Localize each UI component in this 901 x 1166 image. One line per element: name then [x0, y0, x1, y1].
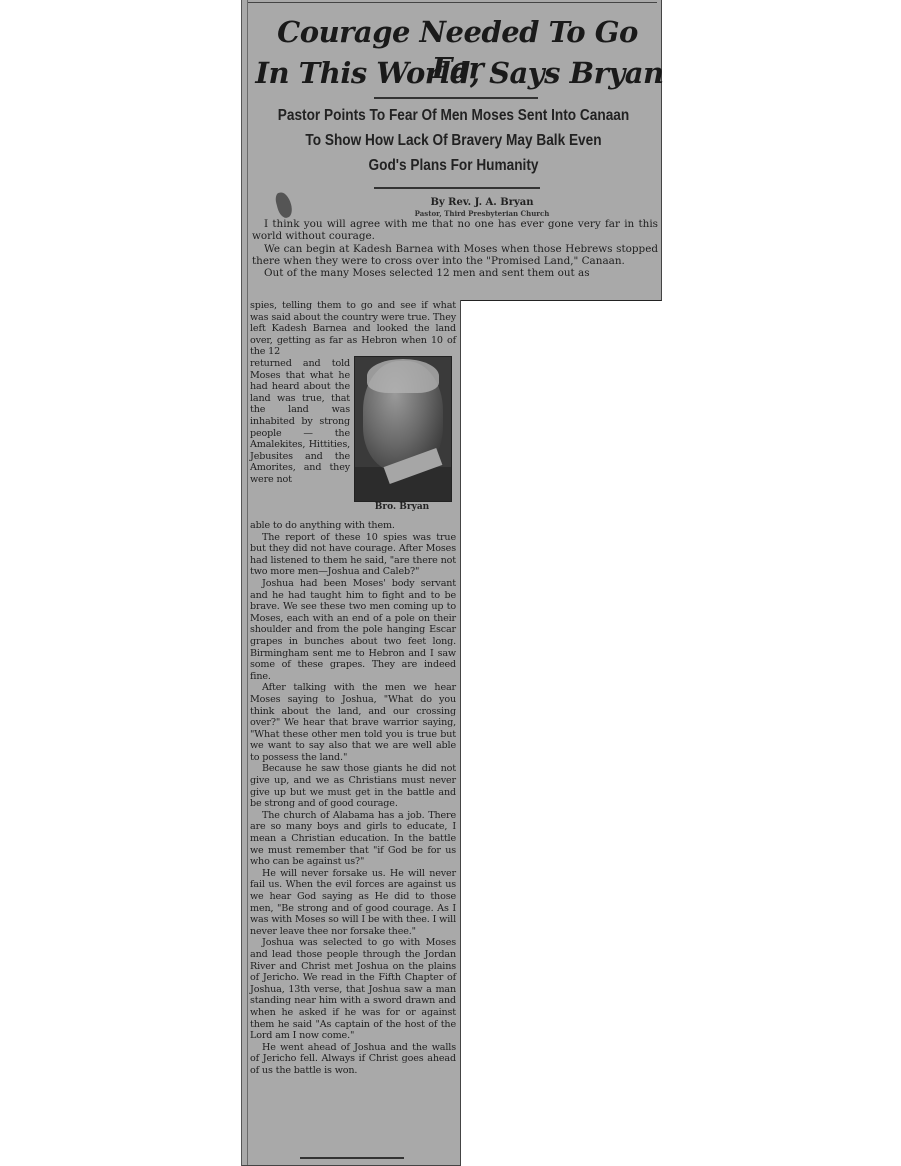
intro-paragraph: We can begin at Kadesh Barnea with Moses… — [252, 243, 658, 268]
column-lead: spies, telling them to go and see if wha… — [250, 300, 456, 358]
column-wrap-around-photo: returned and told Moses that what he had… — [250, 358, 350, 486]
deck-line-3: God's Plans For Humanity — [271, 153, 636, 178]
article-column-clipping: spies, telling them to go and see if wha… — [241, 300, 461, 1166]
intro-paragraph: I think you will agree with me that no o… — [252, 218, 658, 243]
column-paragraph: He went ahead of Joshua and the walls of… — [250, 1042, 456, 1077]
end-rule — [300, 1157, 404, 1159]
headline-divider — [374, 97, 538, 99]
deck-line-1: Pastor Points To Fear Of Men Moses Sent … — [271, 103, 636, 128]
deck-line-2: To Show How Lack Of Bravery May Balk Eve… — [271, 128, 636, 153]
column-rule-left — [247, 300, 248, 1166]
column-body: able to do anything with them. The repor… — [250, 520, 456, 1077]
ink-smudge — [274, 191, 294, 220]
photo-caption: Bro. Bryan — [354, 502, 450, 512]
deck-divider — [374, 187, 540, 189]
intro-text: I think you will agree with me that no o… — [252, 218, 658, 279]
column-paragraph: The report of these 10 spies was true bu… — [250, 532, 456, 578]
column-paragraph: Joshua was selected to go with Moses and… — [250, 937, 456, 1041]
column-paragraph: Joshua had been Moses' body servant and … — [250, 578, 456, 682]
author-photo — [354, 356, 452, 502]
column-paragraph: Because he saw those giants he did not g… — [250, 763, 456, 809]
byline: By Rev. J. A. Bryan — [302, 197, 662, 208]
column-lead-text: spies, telling them to go and see if wha… — [250, 300, 456, 358]
headline-line-2: In This World, Says Bryan — [250, 55, 669, 91]
column-paragraph: The church of Alabama has a job. There a… — [250, 810, 456, 868]
column-after-photo: able to do anything with them. — [250, 520, 456, 532]
top-rule — [248, 2, 657, 3]
column-paragraph: After talking with the men we hear Moses… — [250, 682, 456, 763]
byline-title: Pastor, Third Presbyterian Church — [302, 209, 662, 218]
article-header-clipping: Courage Needed To Go Far In This World, … — [241, 0, 662, 301]
column-paragraph: He will never forsake us. He will never … — [250, 868, 456, 938]
column-wrap-text: returned and told Moses that what he had… — [250, 358, 350, 486]
intro-paragraph: Out of the many Moses selected 12 men an… — [252, 267, 658, 279]
